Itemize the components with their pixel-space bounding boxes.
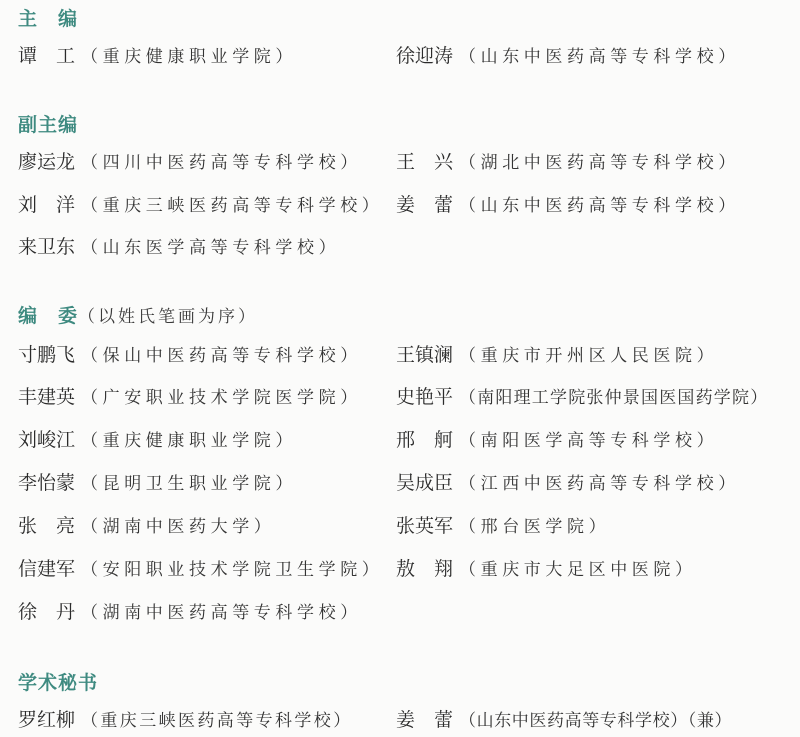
board-member-entry: 寸鹏飞（保山中医药高等专科学校）	[18, 343, 362, 368]
affiliation: （重庆健康职业学院）	[81, 47, 297, 67]
affiliation: （重庆市大足区中医院）	[459, 560, 697, 580]
person-name: 王 兴	[396, 150, 459, 174]
chief-editor-entry: 谭 工（重庆健康职业学院）	[18, 44, 297, 69]
affiliation: （广安职业技术学院医学院）	[81, 388, 362, 408]
person-name: 张英军	[396, 514, 459, 538]
section-title-chief-editors: 主 编	[18, 4, 78, 31]
person-name: 史艳平	[396, 385, 459, 409]
person-name: 来卫东	[18, 235, 81, 259]
board-member-entry: 李怡蒙（昆明卫生职业学院）	[18, 471, 297, 496]
affiliation: （山东中医药高等专科学校）	[459, 196, 740, 216]
board-member-entry: 徐 丹（湖南中医药高等专科学校）	[18, 600, 362, 625]
person-name: 敖 翔	[396, 557, 459, 581]
affiliation: （南阳理工学院张仲景国医国药学院）	[459, 388, 768, 408]
board-member-entry: 丰建英（广安职业技术学院医学院）	[18, 385, 362, 410]
deputy-editor-entry: 刘 洋（重庆三峡医药高等专科学校）	[18, 193, 383, 218]
deputy-editor-entry: 廖运龙（四川中医药高等专科学校）	[18, 150, 362, 175]
section-title-academic-secretaries: 学术秘书	[18, 668, 98, 695]
person-name: 刘峻江	[18, 428, 81, 452]
section-title-editorial-board: 编 委（以姓氏笔画为序）	[18, 301, 258, 328]
person-name: 寸鹏飞	[18, 343, 81, 367]
affiliation: （湖南中医药高等专科学校）	[81, 603, 362, 623]
board-member-entry: 吴成臣（江西中医药高等专科学校）	[396, 471, 740, 496]
deputy-editor-entry: 来卫东（山东医学高等专科学校）	[18, 235, 340, 260]
person-name: 邢 舸	[396, 428, 459, 452]
person-name: 信建军	[18, 557, 81, 581]
person-name: 张 亮	[18, 514, 81, 538]
person-name: 姜 蕾	[396, 708, 459, 732]
affiliation: （山东中医药高等专科学校）	[459, 47, 740, 67]
person-name: 丰建英	[18, 385, 81, 409]
affiliation: （湖南中医药大学）	[81, 517, 275, 537]
board-member-entry: 史艳平（南阳理工学院张仲景国医国药学院）	[396, 385, 768, 410]
person-name: 徐迎涛	[396, 44, 459, 68]
board-member-entry: 张英军（邢台医学院）	[396, 514, 610, 539]
person-name: 谭 工	[18, 44, 81, 68]
person-name: 刘 洋	[18, 193, 81, 217]
board-member-entry: 刘峻江（重庆健康职业学院）	[18, 428, 297, 453]
affiliation: （保山中医药高等专科学校）	[81, 346, 362, 366]
person-name: 姜 蕾	[396, 193, 459, 217]
affiliation: （南阳医学高等专科学校）	[459, 431, 718, 451]
person-name: 徐 丹	[18, 600, 81, 624]
deputy-editor-entry: 姜 蕾（山东中医药高等专科学校）	[396, 193, 740, 218]
affiliation: （重庆健康职业学院）	[81, 431, 297, 451]
board-member-entry: 敖 翔（重庆市大足区中医院）	[396, 557, 697, 582]
affiliation: （山东中医药高等专科学校）（兼）	[459, 711, 732, 731]
affiliation: （重庆三峡医药高等专科学校）	[81, 711, 353, 731]
section-title-text: 编 委	[18, 305, 78, 327]
secretary-entry: 姜 蕾（山东中医药高等专科学校）（兼）	[396, 708, 732, 733]
section-title-deputy-editors: 副主编	[18, 110, 78, 137]
affiliation: （四川中医药高等专科学校）	[81, 153, 362, 173]
secretary-entry: 罗红柳（重庆三峡医药高等专科学校）	[18, 708, 353, 733]
person-name: 罗红柳	[18, 708, 81, 732]
affiliation: （重庆三峡医药高等专科学校）	[81, 196, 383, 216]
affiliation: （安阳职业技术学院卫生学院）	[81, 560, 383, 580]
board-member-entry: 张 亮（湖南中医药大学）	[18, 514, 275, 539]
affiliation: （湖北中医药高等专科学校）	[459, 153, 740, 173]
affiliation: （邢台医学院）	[459, 517, 610, 537]
person-name: 李怡蒙	[18, 471, 81, 495]
board-member-entry: 王镇澜（重庆市开州区人民医院）	[396, 343, 718, 368]
person-name: 廖运龙	[18, 150, 81, 174]
ordering-note: （以姓氏笔画为序）	[78, 307, 258, 327]
person-name: 吴成臣	[396, 471, 459, 495]
board-member-entry: 邢 舸（南阳医学高等专科学校）	[396, 428, 718, 453]
affiliation: （江西中医药高等专科学校）	[459, 474, 740, 494]
person-name: 王镇澜	[396, 343, 459, 367]
affiliation: （重庆市开州区人民医院）	[459, 346, 718, 366]
deputy-editor-entry: 王 兴（湖北中医药高等专科学校）	[396, 150, 740, 175]
board-member-entry: 信建军（安阳职业技术学院卫生学院）	[18, 557, 383, 582]
affiliation: （山东医学高等专科学校）	[81, 238, 340, 258]
chief-editor-entry: 徐迎涛（山东中医药高等专科学校）	[396, 44, 740, 69]
affiliation: （昆明卫生职业学院）	[81, 474, 297, 494]
